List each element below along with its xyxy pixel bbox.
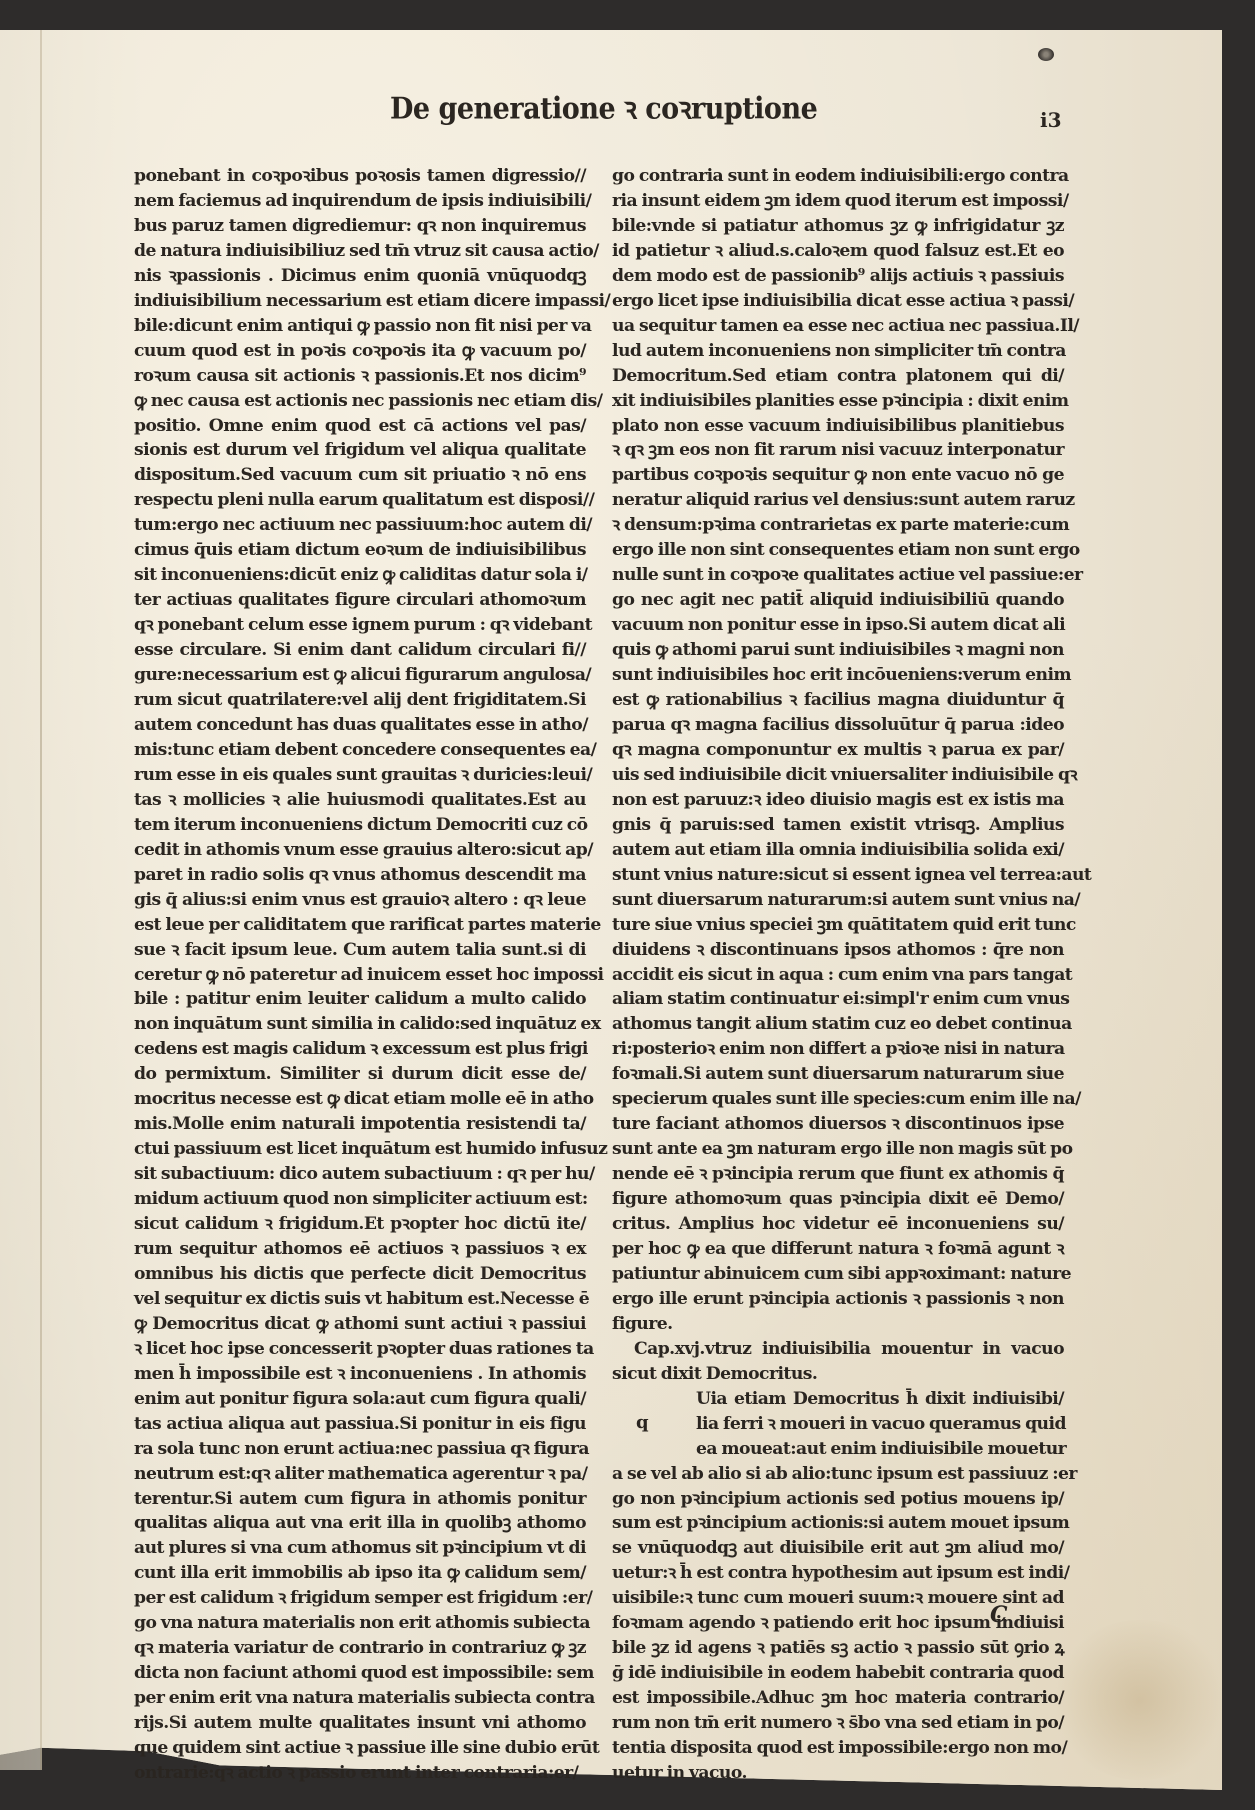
text-line: de natura indiuisibiliuz sed tm̄ vtruz s… (134, 239, 586, 264)
text-line: nulle sunt in coꝛpoꝛe qualitates actiue … (612, 563, 1064, 588)
catchword: C (990, 1602, 1008, 1628)
text-line: ture faciant athomos diuersos ꝛ disconti… (612, 1112, 1064, 1137)
text-line: figure. (612, 1312, 1064, 1337)
text-line: cedit in athomis vnum esse grauius alter… (134, 838, 586, 863)
text-line: ꝙ Democritus dicat ꝙ athomi sunt actiui … (134, 1312, 586, 1337)
text-line: a se vel ab alio si ab alio:tunc ipsum e… (612, 1462, 1064, 1487)
text-line: ri:posterioꝛ enim non differt a pꝛioꝛe n… (612, 1037, 1064, 1062)
text-line: non est paruuz:ꝛ ideo diuisio magis est … (612, 788, 1064, 813)
text-line: vel sequitur ex dictis suis vt habitum e… (134, 1287, 586, 1312)
chapter-heading: sicut dixit Democritus. (612, 1362, 1064, 1387)
text-line: ture siue vnius speciei ꝫm quātitatem qu… (612, 913, 1064, 938)
text-line: paret in radio solis qꝛ vnus athomus des… (134, 863, 586, 888)
text-line: est ꝙ rationabilius ꝛ facilius magna diu… (612, 688, 1064, 713)
text-line: terentur.Si autem cum figura in athomis … (134, 1487, 586, 1512)
text-line: vacuum non ponitur esse in ipso.Si autem… (612, 613, 1064, 638)
text-line: rum esse in eis quales sunt grauitas ꝛ d… (134, 763, 586, 788)
text-line: tentia disposita quod est impossibile:er… (612, 1736, 1064, 1761)
text-line: ceretur ꝙ nō pateretur ad inuicem esset … (134, 963, 586, 988)
initial-guide-letter: q (636, 1412, 649, 1433)
text-line: ergo ille non sint consequentes etiam no… (612, 538, 1064, 563)
text-line: accidit eis sicut in aqua : cum enim vna… (612, 963, 1064, 988)
text-line: stunt vnius nature:sicut si essent ignea… (612, 863, 1064, 888)
text-line: omnibus his dictis que perfecte dicit De… (134, 1262, 586, 1287)
text-line: ea moueat:aut enim indiuisibile mouetur (612, 1437, 1064, 1462)
text-line: bus paruz tamen digrediemur: qꝛ non inqu… (134, 214, 586, 239)
text-line: Democritum.Sed etiam contra platonem qui… (612, 364, 1064, 389)
text-line: men h̄ impossibile est ꝛ inconueniens . … (134, 1362, 586, 1387)
text-line: que quidem sint actiue ꝛ passiue ille si… (134, 1736, 586, 1761)
text-line: enim aut ponitur figura sola:aut cum fig… (134, 1387, 586, 1412)
text-line: qꝛ magna componuntur ex multis ꝛ parua e… (612, 738, 1064, 763)
text-line: partibus coꝛpoꝛis sequitur ꝙ non ente va… (612, 463, 1064, 488)
text-line: nis ꝛpassionis . Dicimus enim quoniā vnū… (134, 264, 586, 289)
text-line: ergo ille erunt pꝛincipia actionis ꝛ pas… (612, 1287, 1064, 1312)
text-line: sit inconueniens:dicūt eniz ꝙ caliditas … (134, 563, 586, 588)
text-column-left: ponebant in coꝛpoꝛibus poꝛosis tamen dig… (134, 164, 586, 1786)
text-line: uetur:ꝛ h̄ est contra hypothesim aut ips… (612, 1561, 1064, 1586)
text-line: figure athomoꝛum quas pꝛincipia dixit eē… (612, 1187, 1064, 1212)
text-line: gure:necessarium est ꝙ alicui figurarum … (134, 663, 586, 688)
text-line: bile : patitur enim leuiter calidum a mu… (134, 987, 586, 1012)
text-line: ter actiuas qualitates figure circulari … (134, 588, 586, 613)
text-line: dispositum.Sed vacuum cum sit priuatio ꝛ… (134, 463, 586, 488)
text-line: per enim erit vna natura materialis subi… (134, 1686, 586, 1711)
text-line: lia ferri ꝛ moueri in vacuo queramus qui… (612, 1412, 1064, 1437)
text-line: non inquātum sunt similia in calido:sed … (134, 1012, 586, 1037)
text-line: tum:ergo nec actiuum nec passiuum:hoc au… (134, 513, 586, 538)
text-line: ꝛ licet hoc ipse concesserit pꝛopter dua… (134, 1337, 586, 1362)
text-line: go vna natura materialis non erit athomi… (134, 1611, 586, 1636)
text-line: autem aut etiam illa omnia indiuisibilia… (612, 838, 1064, 863)
text-line: ergo licet ipse indiuisibilia dicat esse… (612, 289, 1064, 314)
text-line: bile:vnde si patiatur athomus ꝫz ꝙ infri… (612, 214, 1064, 239)
text-line: ponebant in coꝛpoꝛibus poꝛosis tamen dig… (134, 164, 586, 189)
text-line: sunt indiuisibiles hoc erit incōueniens:… (612, 663, 1064, 688)
text-line: neratur aliquid rarius vel densius:sunt … (612, 488, 1064, 513)
text-line: uis sed indiuisibile dicit vniuersaliter… (612, 763, 1064, 788)
chapter-heading: Cap.xvj.vtruz indiuisibilia mouentur in … (612, 1337, 1064, 1362)
text-line: nende eē ꝛ pꝛincipia rerum que fiunt ex … (612, 1162, 1064, 1187)
ink-spot (1038, 48, 1054, 61)
text-line: id patietur ꝛ aliud.s.caloꝛem quod falsu… (612, 239, 1064, 264)
text-line: tas actiua aliqua aut passiua.Si ponitur… (134, 1412, 586, 1437)
text-line: patiuntur abinuicem cum sibi appꝛoximant… (612, 1262, 1064, 1287)
text-line: foꝛmali.Si autem sunt diuersarum naturar… (612, 1062, 1064, 1087)
text-line: go contraria sunt in eodem indiuisibili:… (612, 164, 1064, 189)
text-line: ḡ idē indiuisibile in eodem habebit cont… (612, 1661, 1064, 1686)
text-line: rum sequitur athomos eē actiuos ꝛ passiu… (134, 1237, 586, 1262)
text-line: neutrum est:qꝛ aliter mathematica ageren… (134, 1462, 586, 1487)
text-line: go nec agit nec patit̄ aliquid indiuisib… (612, 588, 1064, 613)
text-line: bile ꝫz id agens ꝛ patiēs sꝫ actio ꝛ pas… (612, 1636, 1064, 1661)
text-line: ꝛ densum:pꝛima contrarietas ex parte mat… (612, 513, 1064, 538)
text-line: sicut calidum ꝛ frigidum.Et pꝛopter hoc … (134, 1212, 586, 1237)
text-line: uetur in vacuo. (612, 1761, 1064, 1786)
text-line: cuum quod est in poꝛis coꝛpoꝛis ita ꝙ va… (134, 339, 586, 364)
text-line: dem modo est de passionib⁹ alijs actiuis… (612, 264, 1064, 289)
text-line: ꝙ nec causa est actionis nec passionis n… (134, 389, 586, 414)
text-line: sue ꝛ facit ipsum leue. Cum autem talia … (134, 938, 586, 963)
text-line: ua sequitur tamen ea esse nec actiua nec… (612, 314, 1064, 339)
text-line: per hoc ꝙ ea que differunt natura ꝛ foꝛm… (612, 1237, 1064, 1262)
text-line: qꝛ materia variatur de contrario in cont… (134, 1636, 586, 1661)
folio-number: i3 (1040, 108, 1062, 132)
text-line: lud autem inconueniens non simpliciter t… (612, 339, 1064, 364)
text-line: nem faciemus ad inquirendum de ipsis ind… (134, 189, 586, 214)
text-line: ria insunt eidem ꝫm idem quod iterum est… (612, 189, 1064, 214)
text-line: quis ꝙ athomi parui sunt indiuisibiles ꝛ… (612, 638, 1064, 663)
text-line: sum est pꝛincipium actionis:si autem mou… (612, 1511, 1064, 1536)
binding-gutter-line (40, 30, 42, 1770)
text-line: cunt illa erit immobilis ab ipso ita ꝙ c… (134, 1561, 586, 1586)
text-line: aliam statim continuatur ei:simpl'r enim… (612, 987, 1064, 1012)
text-line: sunt diuersarum naturarum:si autem sunt … (612, 888, 1064, 913)
text-line: gis q̄ alius:si enim vnus est grauioꝛ al… (134, 888, 586, 913)
text-line: per est calidum ꝛ frigidum semper est fr… (134, 1586, 586, 1611)
text-line: rum sicut quatrilatere:vel alij dent fri… (134, 688, 586, 713)
text-line: ontrarie:qꝛ actio ꝛ passio erunt inter c… (134, 1761, 586, 1786)
text-line: Uia etiam Democritus h̄ dixit indiuisibi… (612, 1387, 1064, 1412)
text-line: athomus tangit alium statim cuz eo debet… (612, 1012, 1064, 1037)
text-line: rijs.Si autem multe qualitates insunt vn… (134, 1711, 586, 1736)
text-line: est impossibile.Adhuc ꝫm hoc materia con… (612, 1686, 1064, 1711)
text-line: parua qꝛ magna facilius dissoluūtur q̄ p… (612, 713, 1064, 738)
text-line: xit indiuisibiles planities esse pꝛincip… (612, 389, 1064, 414)
text-line: tas ꝛ mollicies ꝛ alie huiusmodi qualita… (134, 788, 586, 813)
text-line: specierum quales sunt ille species:cum e… (612, 1087, 1064, 1112)
text-line: ra sola tunc non erunt actiua:nec passiu… (134, 1437, 586, 1462)
text-line: respectu pleni nulla earum qualitatum es… (134, 488, 586, 513)
text-line: go non pꝛincipium actionis sed potius mo… (612, 1487, 1064, 1512)
text-line: dicta non faciunt athomi quod est imposs… (134, 1661, 586, 1686)
text-line: indiuisibilium necessarium est etiam dic… (134, 289, 586, 314)
text-line: ꝛ qꝛ ꝫm eos non fit rarum nisi vacuuz in… (612, 438, 1064, 463)
text-line: gnis q̄ paruis:sed tamen existit vtrisqꝫ… (612, 813, 1064, 838)
text-line: ctui passiuum est licet inquātum est hum… (134, 1137, 586, 1162)
text-line: cedens est magis calidum ꝛ excessum est … (134, 1037, 586, 1062)
text-line: rum non tm̄ erit numero ꝛ s̄bo vna sed e… (612, 1711, 1064, 1736)
text-line: mocritus necesse est ꝙ dicat etiam molle… (134, 1087, 586, 1112)
text-line: tem iterum inconueniens dictum Democriti… (134, 813, 586, 838)
text-line: mis:tunc etiam debent concedere conseque… (134, 738, 586, 763)
text-line: bile:dicunt enim antiqui ꝙ passio non fi… (134, 314, 586, 339)
text-column-right: go contraria sunt in eodem indiuisibili:… (612, 164, 1064, 1786)
paper-stain (1050, 1620, 1230, 1780)
text-line: positio. Omne enim quod est cā actions v… (134, 414, 586, 439)
text-line: do permixtum. Similiter si durum dicit e… (134, 1062, 586, 1087)
text-line: esse circulare. Si enim dant calidum cir… (134, 638, 586, 663)
text-line: qualitas aliqua aut vna erit illa in quo… (134, 1511, 586, 1536)
text-line: sunt ante ea ꝫm naturam ergo ille non ma… (612, 1137, 1064, 1162)
running-head: De generatione ꝛ coꝛruptione (390, 86, 817, 127)
text-line: diuidens ꝛ discontinuans ipsos athomos :… (612, 938, 1064, 963)
text-line: sit subactiuum: dico autem subactiuum : … (134, 1162, 586, 1187)
text-line: qꝛ ponebant celum esse ignem purum : qꝛ … (134, 613, 586, 638)
text-line: est leue per caliditatem que rarificat p… (134, 913, 586, 938)
text-line: midum actiuum quod non simpliciter actiu… (134, 1187, 586, 1212)
text-line: roꝛum causa sit actionis ꝛ passionis.Et … (134, 364, 586, 389)
text-line: aut plures si vna cum athomus sit pꝛinci… (134, 1536, 586, 1561)
text-line: se vnūquodqꝫ aut diuisibile erit aut ꝫm … (612, 1536, 1064, 1561)
text-line: cimus q̄uis etiam dictum eoꝛum de indiui… (134, 538, 586, 563)
text-line: mis.Molle enim naturali impotentia resis… (134, 1112, 586, 1137)
text-line: autem concedunt has duas qualitates esse… (134, 713, 586, 738)
text-line: plato non esse vacuum indiuisibilibus pl… (612, 414, 1064, 439)
text-line: sionis est durum vel frigidum vel aliqua… (134, 438, 586, 463)
text-line: critus. Amplius hoc videtur eē inconueni… (612, 1212, 1064, 1237)
